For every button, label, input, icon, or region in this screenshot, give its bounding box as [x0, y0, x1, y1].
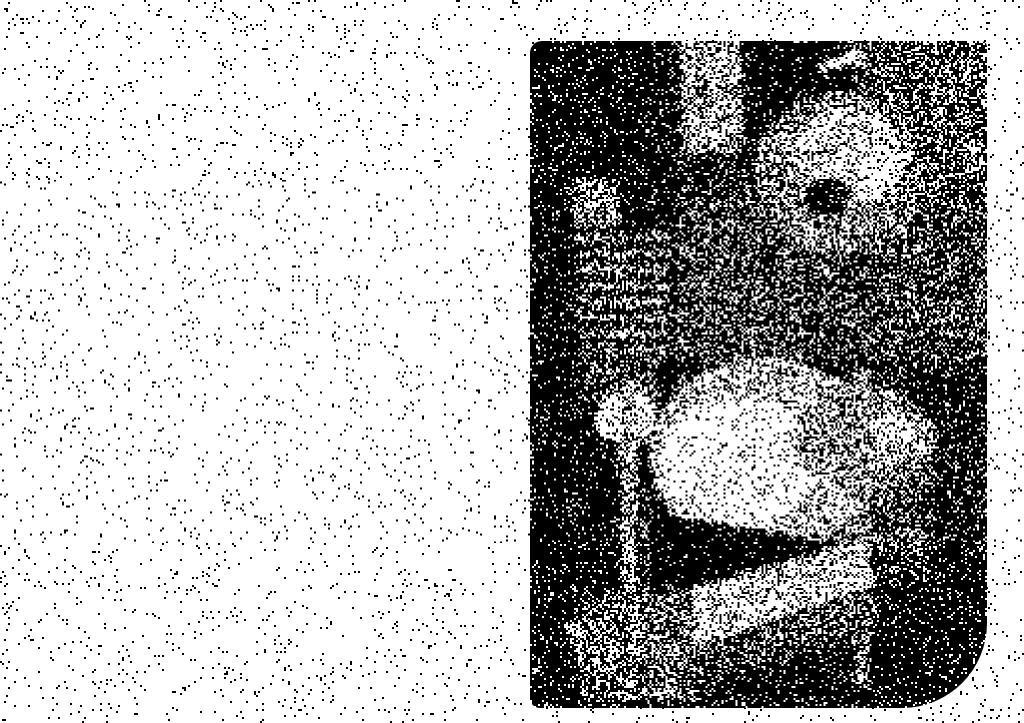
scanned-page	[0, 0, 1024, 723]
halftone-photo-canvas	[530, 41, 987, 708]
halftone-photo	[530, 41, 987, 708]
